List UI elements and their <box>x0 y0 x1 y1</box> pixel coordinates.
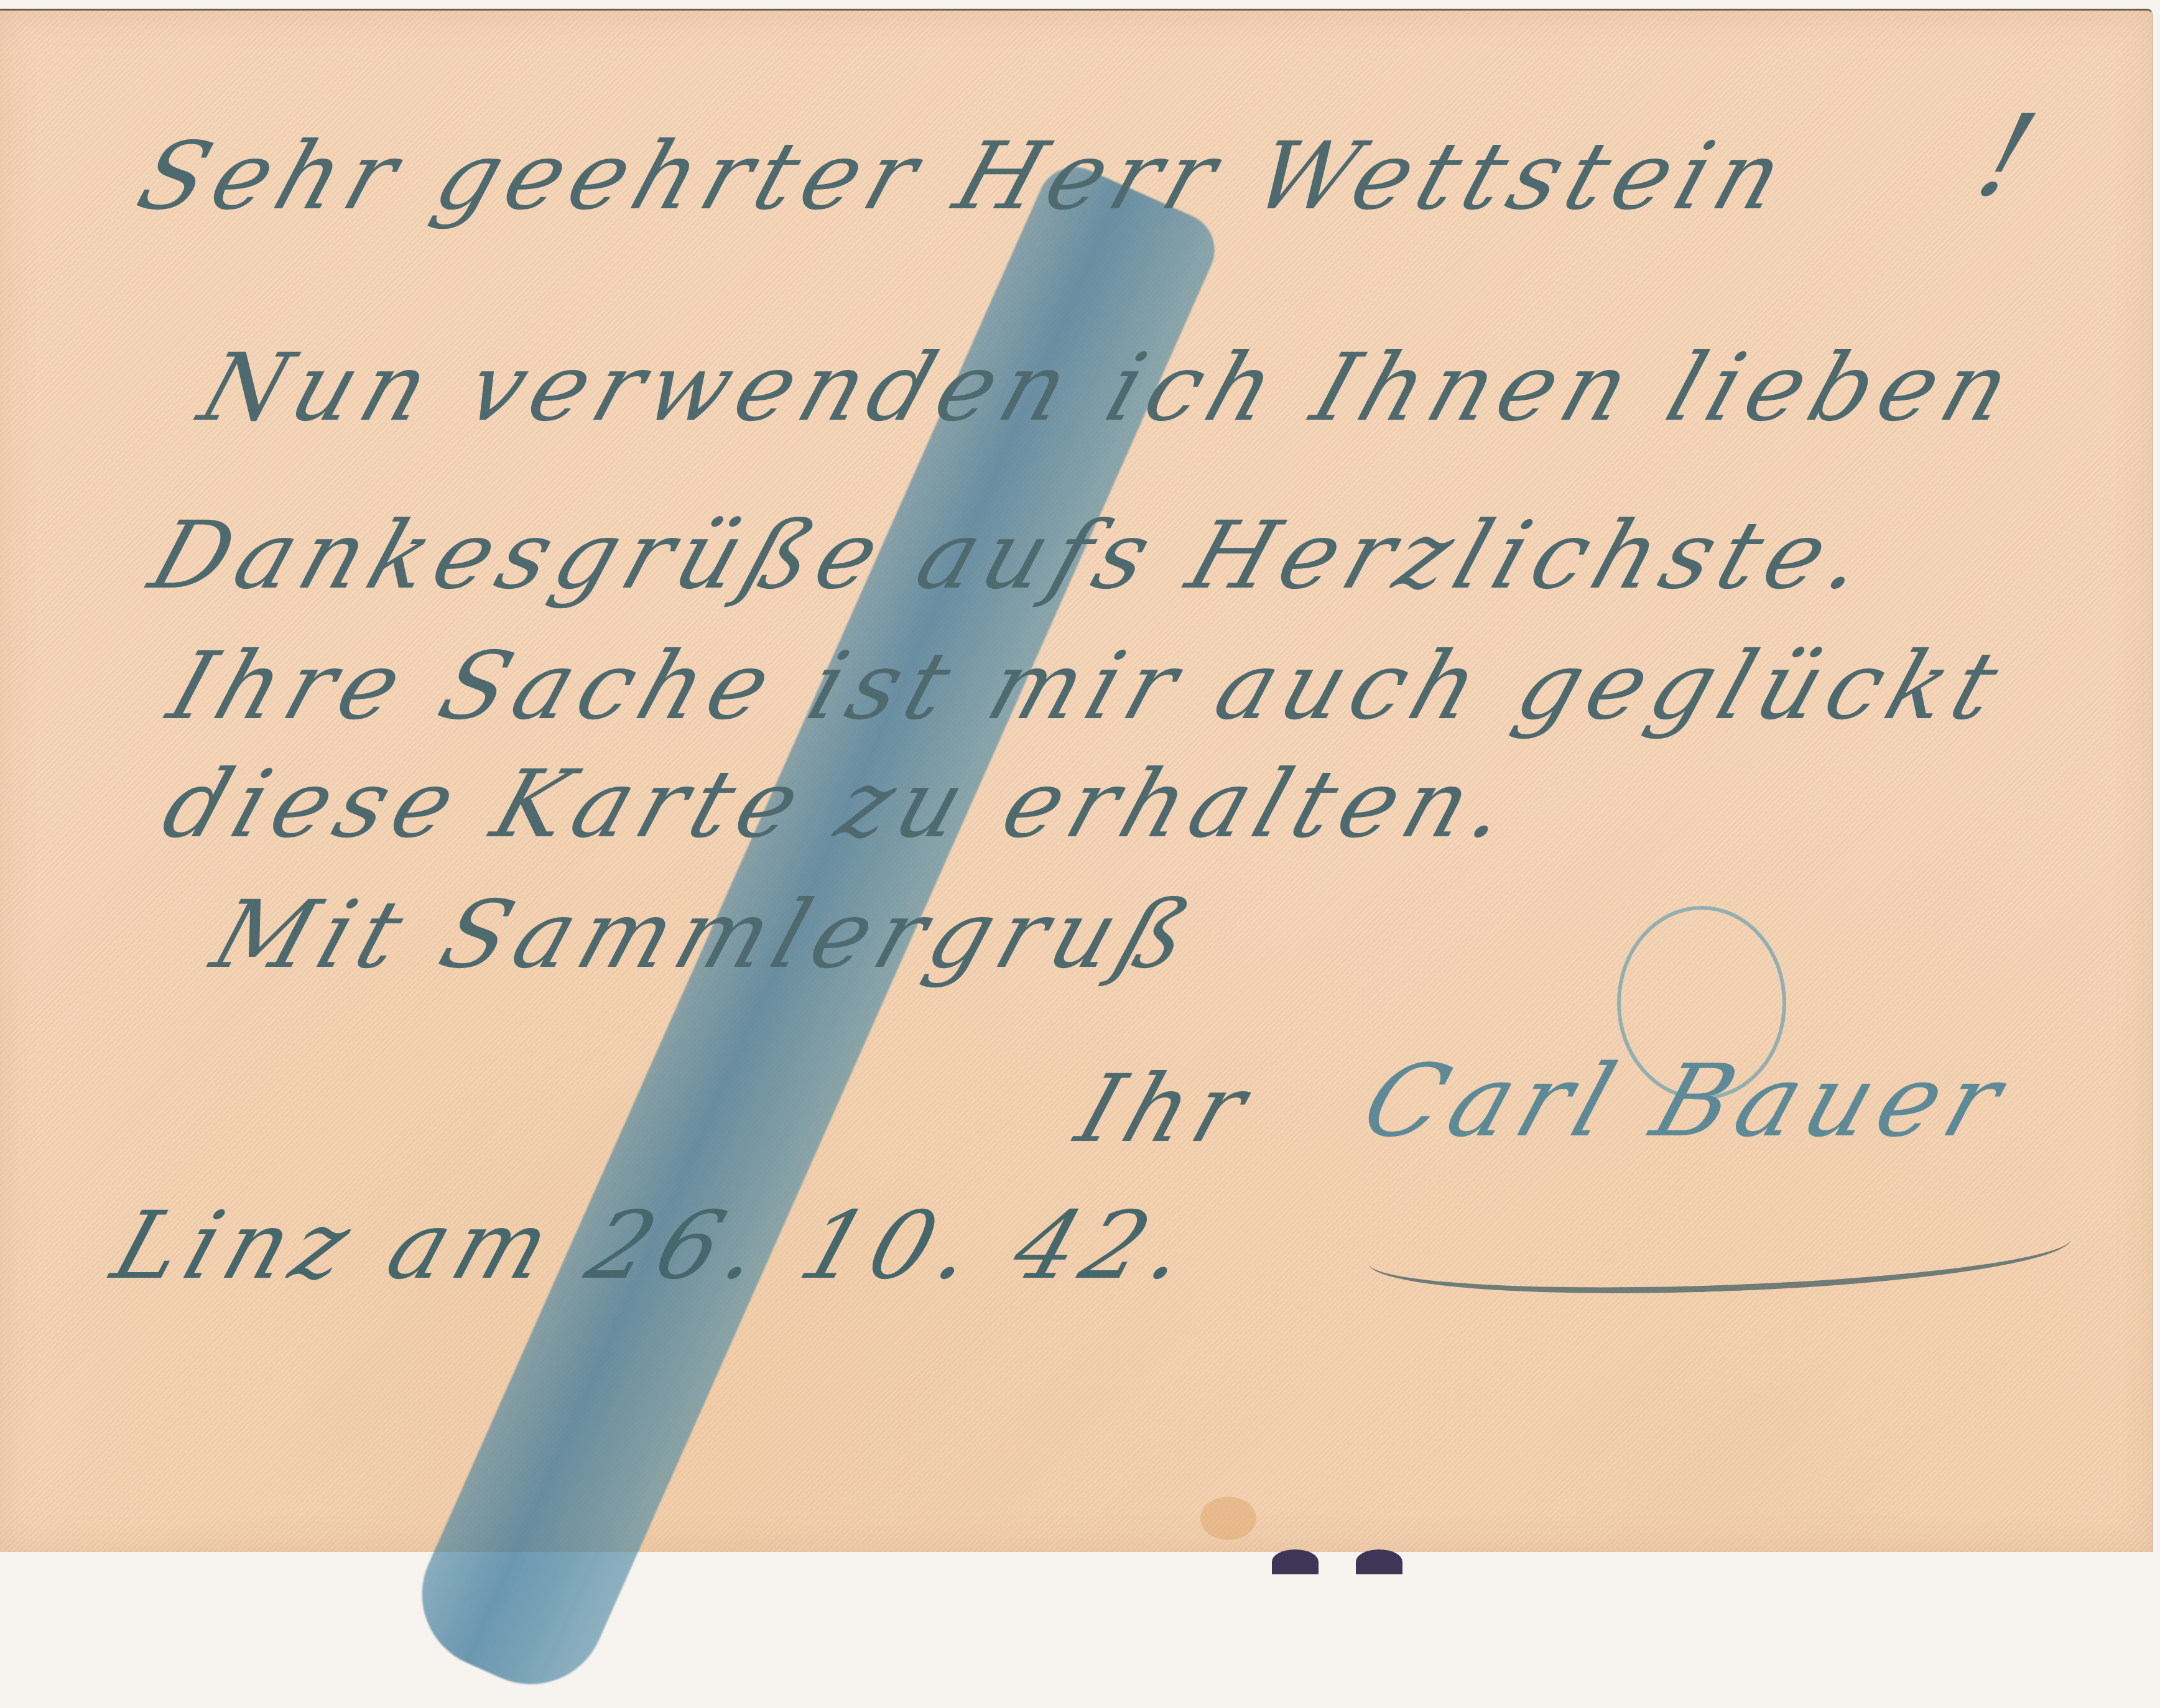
body-line-2: Dankesgrüße aufs Herzlichste. <box>138 502 1888 610</box>
foxing-stain <box>1200 1497 1256 1540</box>
postcard: Sehr geehrter Herr Wettstein ! Nun verwe… <box>0 9 2153 1550</box>
signature: Carl Bauer <box>1350 1043 2024 1159</box>
place-date: Linz am 26. 10. 42. <box>101 1192 1210 1300</box>
body-line-5: Mit Sammlergruß <box>200 881 1212 989</box>
body-line-1: Nun verwenden ich Ihnen lieben <box>188 334 2032 442</box>
body-line-4: diese Karte zu erhalten. <box>151 750 1531 859</box>
salutation: Sehr geehrter Herr Wettstein <box>126 122 1804 231</box>
salutation-exclamation: ! <box>1963 91 2059 221</box>
closing-prefix: Ihr <box>1065 1055 1268 1163</box>
signature-underline-flourish <box>1367 1198 2072 1303</box>
body-line-3: Ihre Sache ist mir auch geglückt <box>157 632 2019 741</box>
